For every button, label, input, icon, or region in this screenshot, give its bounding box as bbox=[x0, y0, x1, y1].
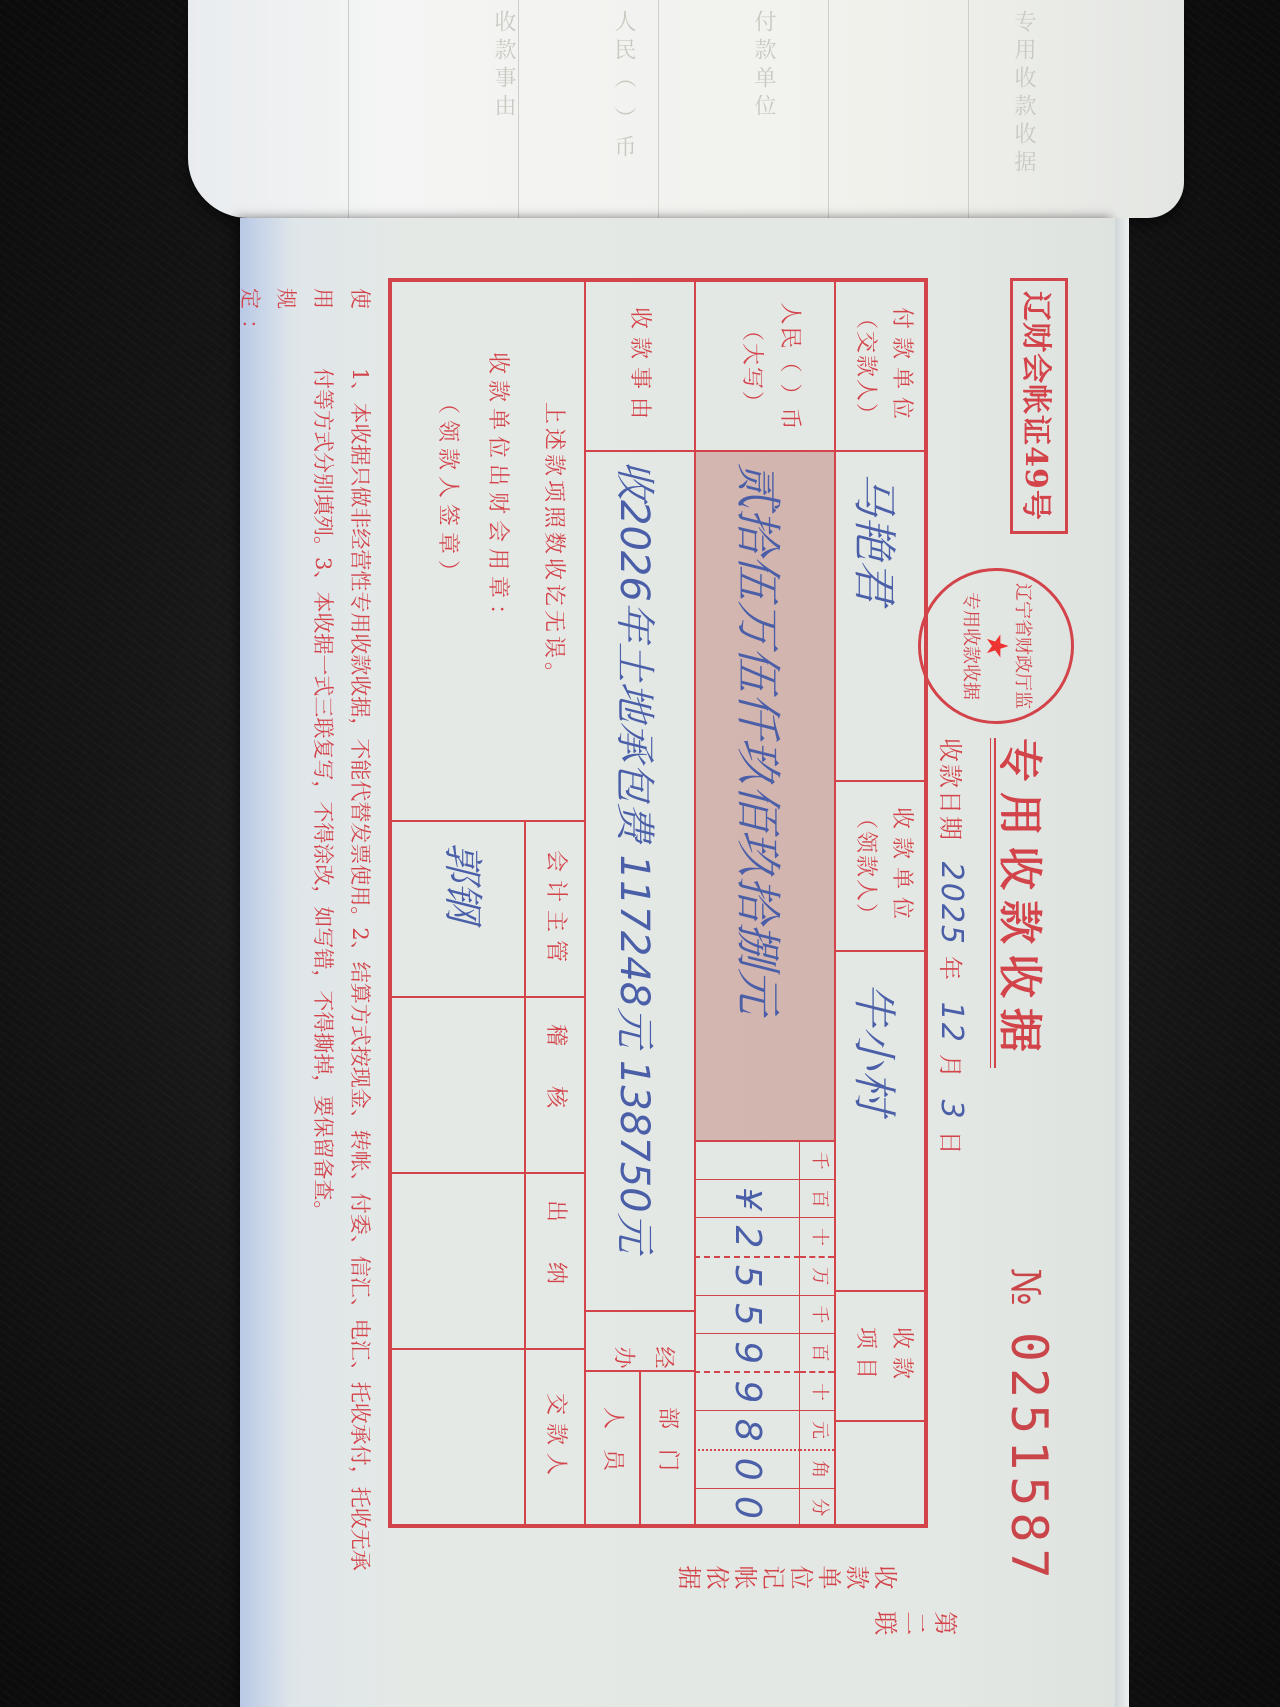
payer-value: 马艳君 bbox=[846, 472, 910, 604]
payer-sublabel: （交款人） bbox=[849, 282, 882, 452]
date-month: 12 bbox=[934, 1002, 969, 1044]
payer-label: 付款单位 bbox=[885, 282, 918, 452]
digit-value: 5 bbox=[694, 1296, 800, 1334]
payee-label-cell: 收款单位 （领款人） bbox=[835, 781, 925, 951]
reason-value: 收2026年土地承包费 117248元 138750元 bbox=[609, 460, 666, 1253]
receipt-form: 辽财会帐证49号 辽宁省财政厅监 ★ 专用收款收据 专用收款收据 №025158… bbox=[278, 268, 1078, 1648]
amount-sublabel: （大写） bbox=[735, 282, 768, 452]
seal-note: 收款单位出财会用章： bbox=[481, 352, 514, 632]
payer-label-cell: 付款单位 （交款人） bbox=[835, 281, 925, 451]
day-unit: 日 bbox=[936, 1131, 964, 1157]
number-label: № bbox=[1002, 1268, 1048, 1312]
receipt-date: 收款日期 2025年 12月 3日 bbox=[934, 738, 970, 1157]
receipt-title: 专用收款收据 bbox=[992, 738, 1056, 1062]
sig-header-accounting: 会计主管 bbox=[525, 821, 585, 997]
seal-note-sub: （领款人签章） bbox=[431, 392, 464, 588]
amount-digits-cell: 千 百 十 万 千 百 十 元 角 分 ¥ 2 5 5 9 bbox=[695, 1141, 835, 1525]
digit-header: 百 bbox=[800, 1180, 834, 1218]
sig-value-audit bbox=[391, 997, 525, 1173]
digit-value: 9 bbox=[694, 1334, 800, 1373]
stub-faded-text: 专用收款收据 bbox=[1008, 10, 1039, 178]
digit-header: 千 bbox=[800, 1296, 834, 1334]
digit-header: 角 bbox=[800, 1451, 834, 1489]
digit-value-row: ¥ 2 5 5 9 9 8 0 0 bbox=[694, 1142, 800, 1526]
amount-words-cell: 贰拾伍万伍仟玖佰玖拾捌元 bbox=[695, 451, 835, 1141]
digit-value: 0 bbox=[694, 1489, 800, 1526]
digit-header: 万 bbox=[800, 1258, 834, 1296]
item-label-2: 项目 bbox=[849, 1292, 882, 1422]
digit-value: 8 bbox=[694, 1411, 800, 1450]
sig-header-audit: 稽核 bbox=[525, 997, 585, 1173]
seal-top-text: 辽宁省财政厅监 bbox=[1011, 583, 1034, 709]
confirmation-cell: 上述款项照数收讫无误。 收款单位出财会用章： （领款人签章） bbox=[391, 281, 585, 821]
reason-label: 收款事由 bbox=[623, 282, 656, 452]
year-unit: 年 bbox=[936, 956, 964, 982]
amount-label: 人民（ ）币 bbox=[773, 282, 806, 452]
item-label: 收款 bbox=[885, 1292, 918, 1422]
item-value-cell bbox=[835, 1421, 925, 1525]
digit-value: 2 bbox=[694, 1218, 800, 1257]
sig-value-cashier bbox=[391, 1173, 525, 1349]
confirmation-text: 上述款项照数收讫无误。 bbox=[537, 402, 570, 688]
digit-value: 5 bbox=[694, 1258, 800, 1296]
page-edge bbox=[1115, 218, 1129, 1707]
handler-label-cell: 经办 bbox=[585, 1311, 695, 1371]
sig-value: 郭钢 bbox=[437, 842, 494, 922]
staff-cell: 人员 bbox=[585, 1371, 640, 1525]
digit-header: 十 bbox=[800, 1218, 834, 1257]
sig-header-label: 出纳 bbox=[539, 1174, 572, 1350]
seal-bottom-text: 专用收款收据 bbox=[959, 592, 982, 700]
date-day: 3 bbox=[934, 1099, 969, 1120]
stub-rule bbox=[348, 0, 349, 218]
sig-header-label: 交款人 bbox=[539, 1350, 572, 1526]
stub-rule bbox=[658, 0, 659, 218]
item-label-cell: 收款 项目 bbox=[835, 1291, 925, 1421]
payee-value-cell: 牛小村 bbox=[835, 951, 925, 1291]
digit-value: 0 bbox=[694, 1451, 800, 1489]
rules-text: 1、本收据只做非经营性专用收款收据，不能代替发票使用。2、结算方式按现金、转帐、… bbox=[305, 368, 379, 1588]
stub-faded-text: 收款事由 bbox=[488, 10, 519, 122]
amount-label-cell: 人民（ ）币 （大写） bbox=[695, 281, 835, 451]
star-icon: ★ bbox=[981, 633, 1011, 660]
receipt-stub-roll: 付款单位 人民（ ）币 收款事由 专用收款收据 bbox=[188, 0, 1184, 218]
digit-value bbox=[694, 1142, 800, 1180]
dept-label: 部门 bbox=[651, 1372, 684, 1526]
digit-header: 百 bbox=[800, 1334, 834, 1373]
payee-label: 收款单位 bbox=[885, 782, 918, 952]
stub-rule bbox=[968, 0, 969, 218]
handler-label: 经办 bbox=[586, 1312, 686, 1372]
copy-description: 收款单位记帐依据 bbox=[478, 1558, 898, 1593]
receipt-number: №0251587 bbox=[1000, 1268, 1058, 1585]
digit-header-row: 千 百 十 万 千 百 十 元 角 分 bbox=[799, 1142, 834, 1526]
digit-header: 分 bbox=[800, 1489, 834, 1526]
form-code-badge: 辽财会帐证49号 bbox=[1010, 278, 1068, 534]
stub-faded-text: 付款单位 bbox=[748, 10, 779, 122]
digit-header: 千 bbox=[800, 1142, 834, 1180]
receipt-table: 付款单位 （交款人） 马艳君 收款单位 （领款人） 牛小村 收款 项目 人民（ … bbox=[388, 278, 928, 1528]
reason-value-cell: 收2026年土地承包费 117248元 138750元 bbox=[585, 451, 695, 1311]
sig-header-payer: 交款人 bbox=[525, 1349, 585, 1525]
official-seal: 辽宁省财政厅监 ★ 专用收款收据 bbox=[918, 568, 1074, 724]
rules-lead: 使用规定： bbox=[231, 288, 378, 348]
receipt-page: 辽财会帐证49号 辽宁省财政厅监 ★ 专用收款收据 专用收款收据 №025158… bbox=[240, 218, 1115, 1707]
sig-value-payer bbox=[391, 1349, 525, 1525]
sig-header-label: 稽核 bbox=[539, 998, 572, 1174]
stub-rule bbox=[828, 0, 829, 218]
dept-cell: 部门 bbox=[640, 1371, 695, 1525]
sig-header-cashier: 出纳 bbox=[525, 1173, 585, 1349]
title-underline bbox=[990, 738, 996, 1068]
sig-value-accounting: 郭钢 bbox=[391, 821, 525, 997]
date-year: 2025 bbox=[934, 862, 969, 946]
payee-value: 牛小村 bbox=[846, 982, 910, 1114]
digit-header: 元 bbox=[800, 1411, 834, 1450]
reason-label-cell: 收款事由 bbox=[585, 281, 695, 451]
digit-header: 十 bbox=[800, 1373, 834, 1411]
amount-words: 贰拾伍万伍仟玖佰玖拾捌元 bbox=[728, 462, 794, 1014]
digit-value: 9 bbox=[694, 1373, 800, 1411]
digit-value: ¥ bbox=[694, 1180, 800, 1218]
payer-value-cell: 马艳君 bbox=[835, 451, 925, 781]
staff-label: 人员 bbox=[596, 1372, 629, 1526]
number-value: 0251587 bbox=[1000, 1332, 1058, 1585]
copy-label: 第二联 bbox=[868, 1606, 958, 1635]
stub-faded-text: 人民（ ）币 bbox=[608, 10, 639, 163]
sig-header-label: 会计主管 bbox=[539, 822, 572, 998]
date-label: 收款日期 bbox=[936, 738, 964, 842]
payee-sublabel: （领款人） bbox=[849, 782, 882, 952]
month-unit: 月 bbox=[936, 1054, 964, 1080]
